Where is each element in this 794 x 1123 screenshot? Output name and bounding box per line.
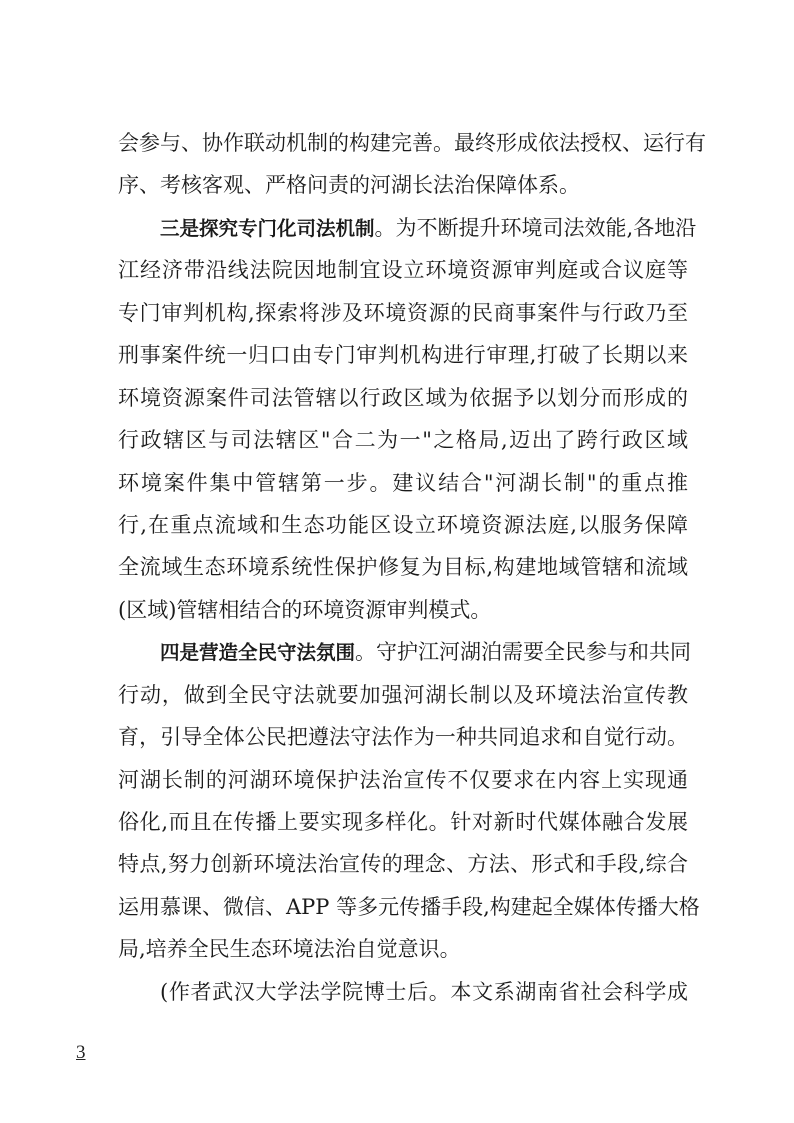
paragraph-heading: 三是探究专门化司法机制: [160, 217, 375, 240]
document-page: 会参与、协作联动机制的构建完善。最终形成依法授权、运行有 序、考核客观、严格问责…: [0, 0, 794, 1123]
text-line: 环境案件集中管辖第一步。建议结合"河湖长制"的重点推: [118, 462, 688, 504]
text-span: 。守护江河湖泊需要全民参与和共同: [355, 640, 691, 664]
text-line: 特点,努力创新环境法治宣传的理念、方法、形式和手段,综合: [118, 843, 688, 885]
paragraph-first-line: 三是探究专门化司法机制。为不断提升环境司法效能,各地沿: [118, 207, 688, 249]
text-line: 环境资源案件司法管辖以行政区域为依据予以划分而形成的: [118, 377, 688, 419]
text-line: 行,在重点流域和生态功能区设立环境资源法庭,以服务保障: [118, 504, 688, 546]
text-line: 行动，做到全民守法就要加强河湖长制以及环境法治宣传教: [118, 674, 688, 716]
page-number: 3: [76, 1042, 86, 1064]
text-line: 序、考核客观、严格问责的河湖长法治保障体系。: [118, 164, 688, 206]
text-line: 俗化,而且在传播上要实现多样化。针对新时代媒体融合发展: [118, 801, 688, 843]
text-line: 专门审判机构,探索将涉及环境资源的民商事案件与行政乃至: [118, 292, 688, 334]
paragraph-first-line: 四是营造全民守法氛围。守护江河湖泊需要全民参与和共同: [118, 631, 688, 673]
text-line: 局,培养全民生态环境法治自觉意识。: [118, 928, 688, 970]
paragraph-heading: 四是营造全民守法氛围: [160, 641, 355, 664]
text-line: 育，引导全体公民把遵法守法作为一种共同追求和自觉行动。: [118, 716, 688, 758]
text-line: 刑事案件统一归口由专门审判机构进行审理,打破了长期以来: [118, 334, 688, 376]
text-line: 江经济带沿线法院因地制宜设立环境资源审判庭或合议庭等: [118, 249, 688, 291]
author-note-line: (作者武汉大学法学院博士后。本文系湖南省社会科学成: [118, 971, 688, 1013]
text-line: 全流域生态环境系统性保护修复为目标,构建地域管辖和流域: [118, 546, 688, 588]
text-line: 河湖长制的河湖环境保护法治宣传不仅要求在内容上实现通: [118, 759, 688, 801]
text-line: 会参与、协作联动机制的构建完善。最终形成依法授权、运行有: [118, 122, 688, 164]
text-line: 行政辖区与司法辖区"合二为一"之格局,迈出了跨行政区域: [118, 419, 688, 461]
text-span: 。为不断提升环境司法效能,各地沿: [375, 216, 697, 240]
text-line: 运用慕课、微信、APP 等多元传播手段,构建起全媒体传播大格: [118, 886, 688, 928]
body-text: 会参与、协作联动机制的构建完善。最终形成依法授权、运行有 序、考核客观、严格问责…: [118, 122, 688, 1013]
text-line: (区域)管辖相结合的环境资源审判模式。: [118, 589, 688, 631]
